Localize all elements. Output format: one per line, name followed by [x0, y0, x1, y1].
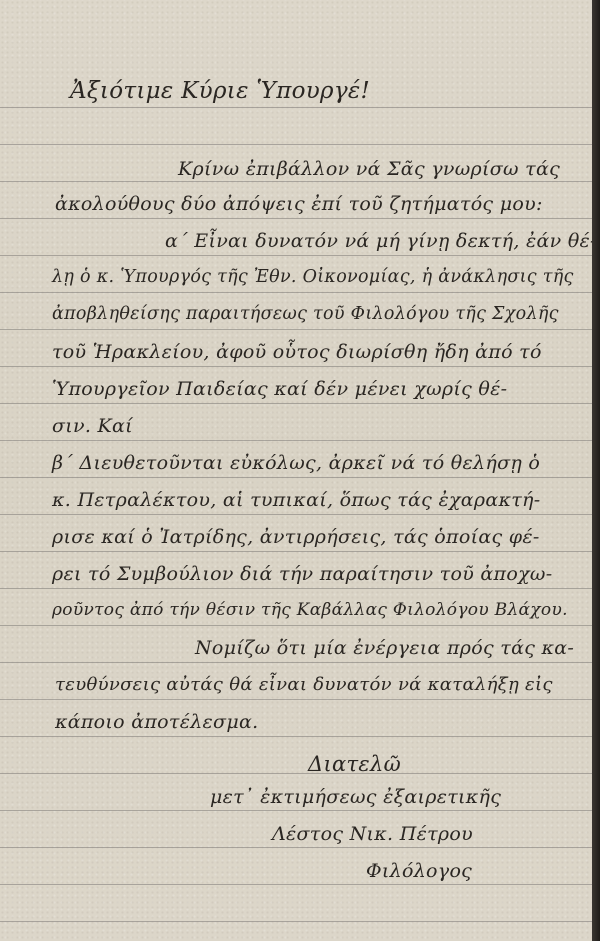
- body-line: ρισε καί ὁ Ἰατρίδης, ἀντιρρήσεις, τάς ὁπ…: [52, 526, 540, 548]
- ruled-line: [0, 440, 592, 441]
- ruled-line: [0, 921, 592, 922]
- ruled-line: [0, 292, 592, 293]
- body-line: ρει τό Συμβούλιον διά τήν παραίτησιν τοῦ…: [52, 563, 552, 585]
- ruled-line: [0, 810, 592, 811]
- ruled-line: [0, 847, 592, 848]
- ruled-line: [0, 736, 592, 737]
- body-line: ἀποβληθείσης παραιτήσεως τοῦ Φιλολόγου τ…: [52, 304, 559, 324]
- ruled-line: [0, 403, 592, 404]
- body-line: σιν. Καί: [52, 415, 133, 437]
- body-line: ἀκολούθους δύο ἀπόψεις ἐπί τοῦ ζητήματός…: [55, 193, 543, 215]
- ruled-line: [0, 773, 592, 774]
- ruled-line: [0, 662, 592, 663]
- body-line: τευθύνσεις αὐτάς θά εἶναι δυνατόν νά κατ…: [55, 674, 553, 695]
- ruled-line: [0, 218, 592, 219]
- ruled-line: [0, 588, 592, 589]
- ruled-line: [0, 181, 592, 182]
- body-line: Νομίζω ὅτι μία ἐνέργεια πρός τάς κα-: [195, 637, 574, 659]
- body-line: Κρίνω ἐπιβάλλον νά Σᾶς γνωρίσω τάς: [178, 158, 560, 180]
- salutation: Ἀξιότιμε Κύριε Ὑπουργέ!: [70, 78, 370, 104]
- ruled-line: [0, 366, 592, 367]
- signature-title: Φιλόλογος: [366, 860, 472, 882]
- ruled-line: [0, 625, 592, 626]
- signature-name: Λέστος Νικ. Πέτρου: [272, 823, 473, 845]
- ruled-line: [0, 477, 592, 478]
- closing-line: μετ᾽ ἐκτιμήσεως ἐξαιρετικῆς: [210, 786, 501, 808]
- ruled-line: [0, 551, 592, 552]
- ruled-line: [0, 107, 592, 108]
- ruled-line: [0, 514, 592, 515]
- body-line: α΄ Εἶναι δυνατόν νά μή γίνῃ δεκτή, ἐάν θ…: [165, 230, 592, 252]
- ruled-line: [0, 699, 592, 700]
- body-line: κάποιο ἀποτέλεσμα.: [55, 711, 258, 733]
- letter-page: Ἀξιότιμε Κύριε Ὑπουργέ! Κρίνω ἐπιβάλλον …: [0, 0, 592, 941]
- ruled-line: [0, 884, 592, 885]
- ruled-line: [0, 329, 592, 330]
- ruled-line: [0, 144, 592, 145]
- body-line: λῃ ὁ κ. Ὑπουργός τῆς Ἐθν. Οἰκονομίας, ἡ …: [52, 267, 574, 287]
- body-line: ροῦντος ἀπό τήν θέσιν τῆς Καβάλλας Φιλολ…: [52, 600, 568, 620]
- body-line: Ὑπουργεῖον Παιδείας καί δέν μένει χωρίς …: [52, 378, 507, 400]
- ruled-line: [0, 255, 592, 256]
- body-line: κ. Πετραλέκτου, αἱ τυπικαί, ὅπως τάς ἐχα…: [52, 489, 540, 511]
- page-edge-shadow: [592, 0, 600, 941]
- body-line: τοῦ Ἡρακλείου, ἀφοῦ οὗτος διωρίσθη ἤδη ἀ…: [52, 341, 542, 363]
- closing: Διατελῶ: [308, 752, 401, 776]
- body-line: β΄ Διευθετοῦνται εὐκόλως, ἀρκεῖ νά τό θε…: [52, 452, 540, 474]
